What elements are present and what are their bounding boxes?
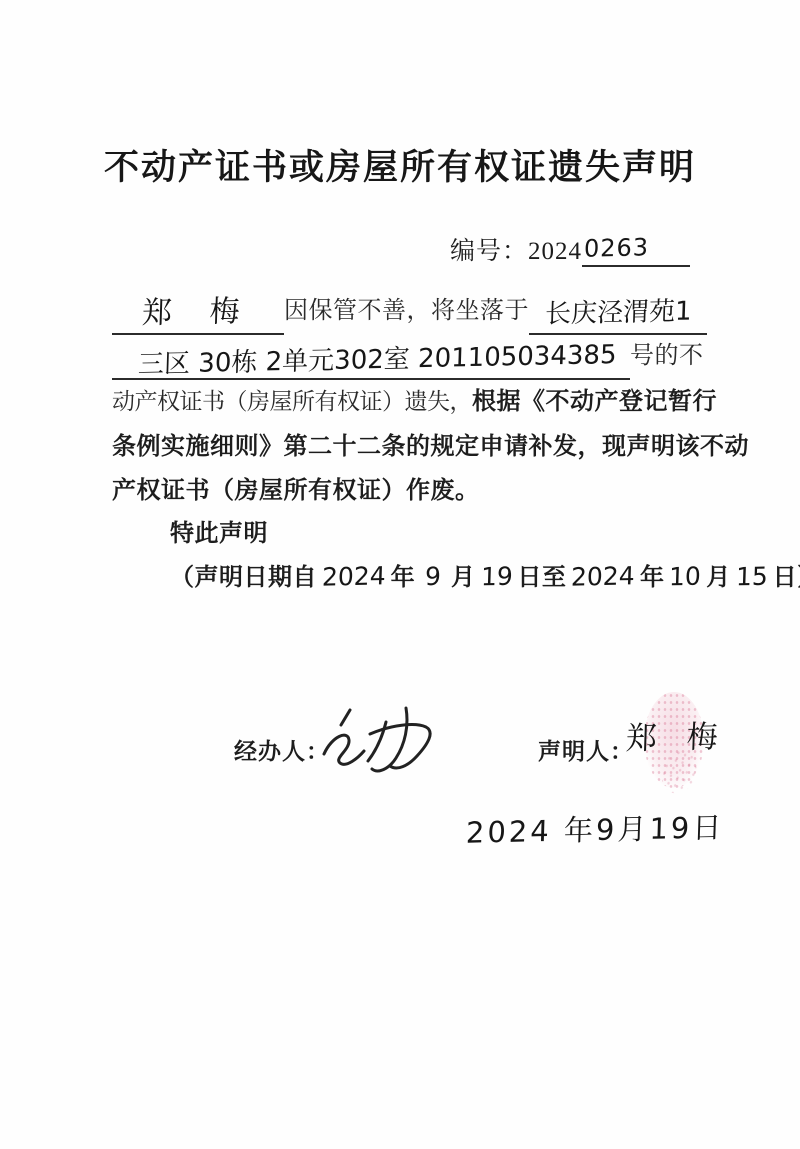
closing-statement-line: 特此声明 bbox=[170, 513, 268, 555]
validity-month-label-1: 月 bbox=[451, 564, 476, 591]
validity-suffix: 日） bbox=[773, 564, 800, 591]
validity-from-day-handwritten: 19 bbox=[480, 556, 513, 599]
closing-statement: 特此声明 bbox=[170, 520, 268, 547]
declarant-label: 声明人： bbox=[538, 733, 634, 766]
validity-from-month-handwritten: 9 bbox=[424, 556, 441, 598]
document-date-handwritten: 2024 年9月19日 bbox=[465, 805, 725, 851]
validity-to-month-handwritten: 10 bbox=[669, 556, 702, 599]
declarant-name-underline: 郑 梅 bbox=[112, 293, 284, 335]
handler-signature bbox=[316, 698, 442, 786]
address-underline-2: 三区 30栋 2单元302室 201105034385 bbox=[112, 340, 630, 380]
body-line-5: 产权证书（房屋所有权证）作废。 bbox=[112, 470, 480, 512]
address-handwritten-line1: 长庆泾渭苑1 bbox=[544, 291, 692, 334]
declarant-name-handwritten: 郑 梅 bbox=[142, 292, 255, 334]
validity-year-label-1: 年 bbox=[391, 564, 416, 591]
document-sheet: 不动产证书或房屋所有权证遗失声明 编号：20240263 郑 梅因保管不善，将坐… bbox=[0, 0, 800, 1149]
validity-to-year-handwritten: 2024 bbox=[571, 555, 636, 598]
address-handwritten-line2: 三区 30栋 2单元302室 201105034385 bbox=[137, 335, 617, 385]
body-line-1: 郑 梅因保管不善，将坐落于长庆泾渭苑1 bbox=[112, 290, 707, 332]
validity-prefix: （声明日期自 bbox=[170, 564, 317, 591]
printed-after-name: 因保管不善，将坐落于 bbox=[284, 298, 529, 324]
serial-underline: 0263 bbox=[582, 231, 690, 267]
validity-period-line: （声明日期自2024年9月19日至2024年10月15日） bbox=[170, 556, 800, 598]
printed-after-address: 号的不 bbox=[630, 343, 704, 369]
body-line-4: 条例实施细则》第二十二条的规定申请补发，现声明该不动 bbox=[112, 426, 749, 468]
validity-from-year-handwritten: 2024 bbox=[321, 555, 386, 598]
serial-number-line: 编号：20240263 bbox=[450, 231, 690, 267]
address-underline-1: 长庆泾渭苑1 bbox=[529, 293, 707, 335]
validity-year-label-2: 年 bbox=[640, 564, 665, 591]
printed-bold-segment-3: 产权证书（房屋所有权证）作废。 bbox=[112, 477, 480, 504]
serial-label: 编号：2024 bbox=[450, 238, 582, 265]
validity-to-day-handwritten: 15 bbox=[735, 556, 768, 599]
body-line-2: 三区 30栋 2单元302室 201105034385号的不 bbox=[112, 335, 704, 377]
validity-month-label-2: 月 bbox=[706, 564, 731, 591]
printed-bold-segment-1: 根据《不动产登记暂行 bbox=[472, 388, 717, 415]
handler-signature-strokes bbox=[316, 698, 442, 786]
serial-number-handwritten: 0263 bbox=[583, 230, 649, 265]
validity-day-to-label: 日至 bbox=[517, 564, 566, 591]
body-line-3: 动产权证书（房屋所有权证）遗失，根据《不动产登记暂行 bbox=[112, 381, 717, 423]
declarant-signature-handwritten: 郑 梅 bbox=[625, 711, 728, 758]
printed-light-segment: 动产权证书（房屋所有权证）遗失， bbox=[112, 389, 472, 414]
document-title: 不动产证书或房屋所有权证遗失声明 bbox=[0, 140, 800, 190]
printed-bold-segment-2: 条例实施细则》第二十二条的规定申请补发，现声明该不动 bbox=[112, 433, 749, 460]
